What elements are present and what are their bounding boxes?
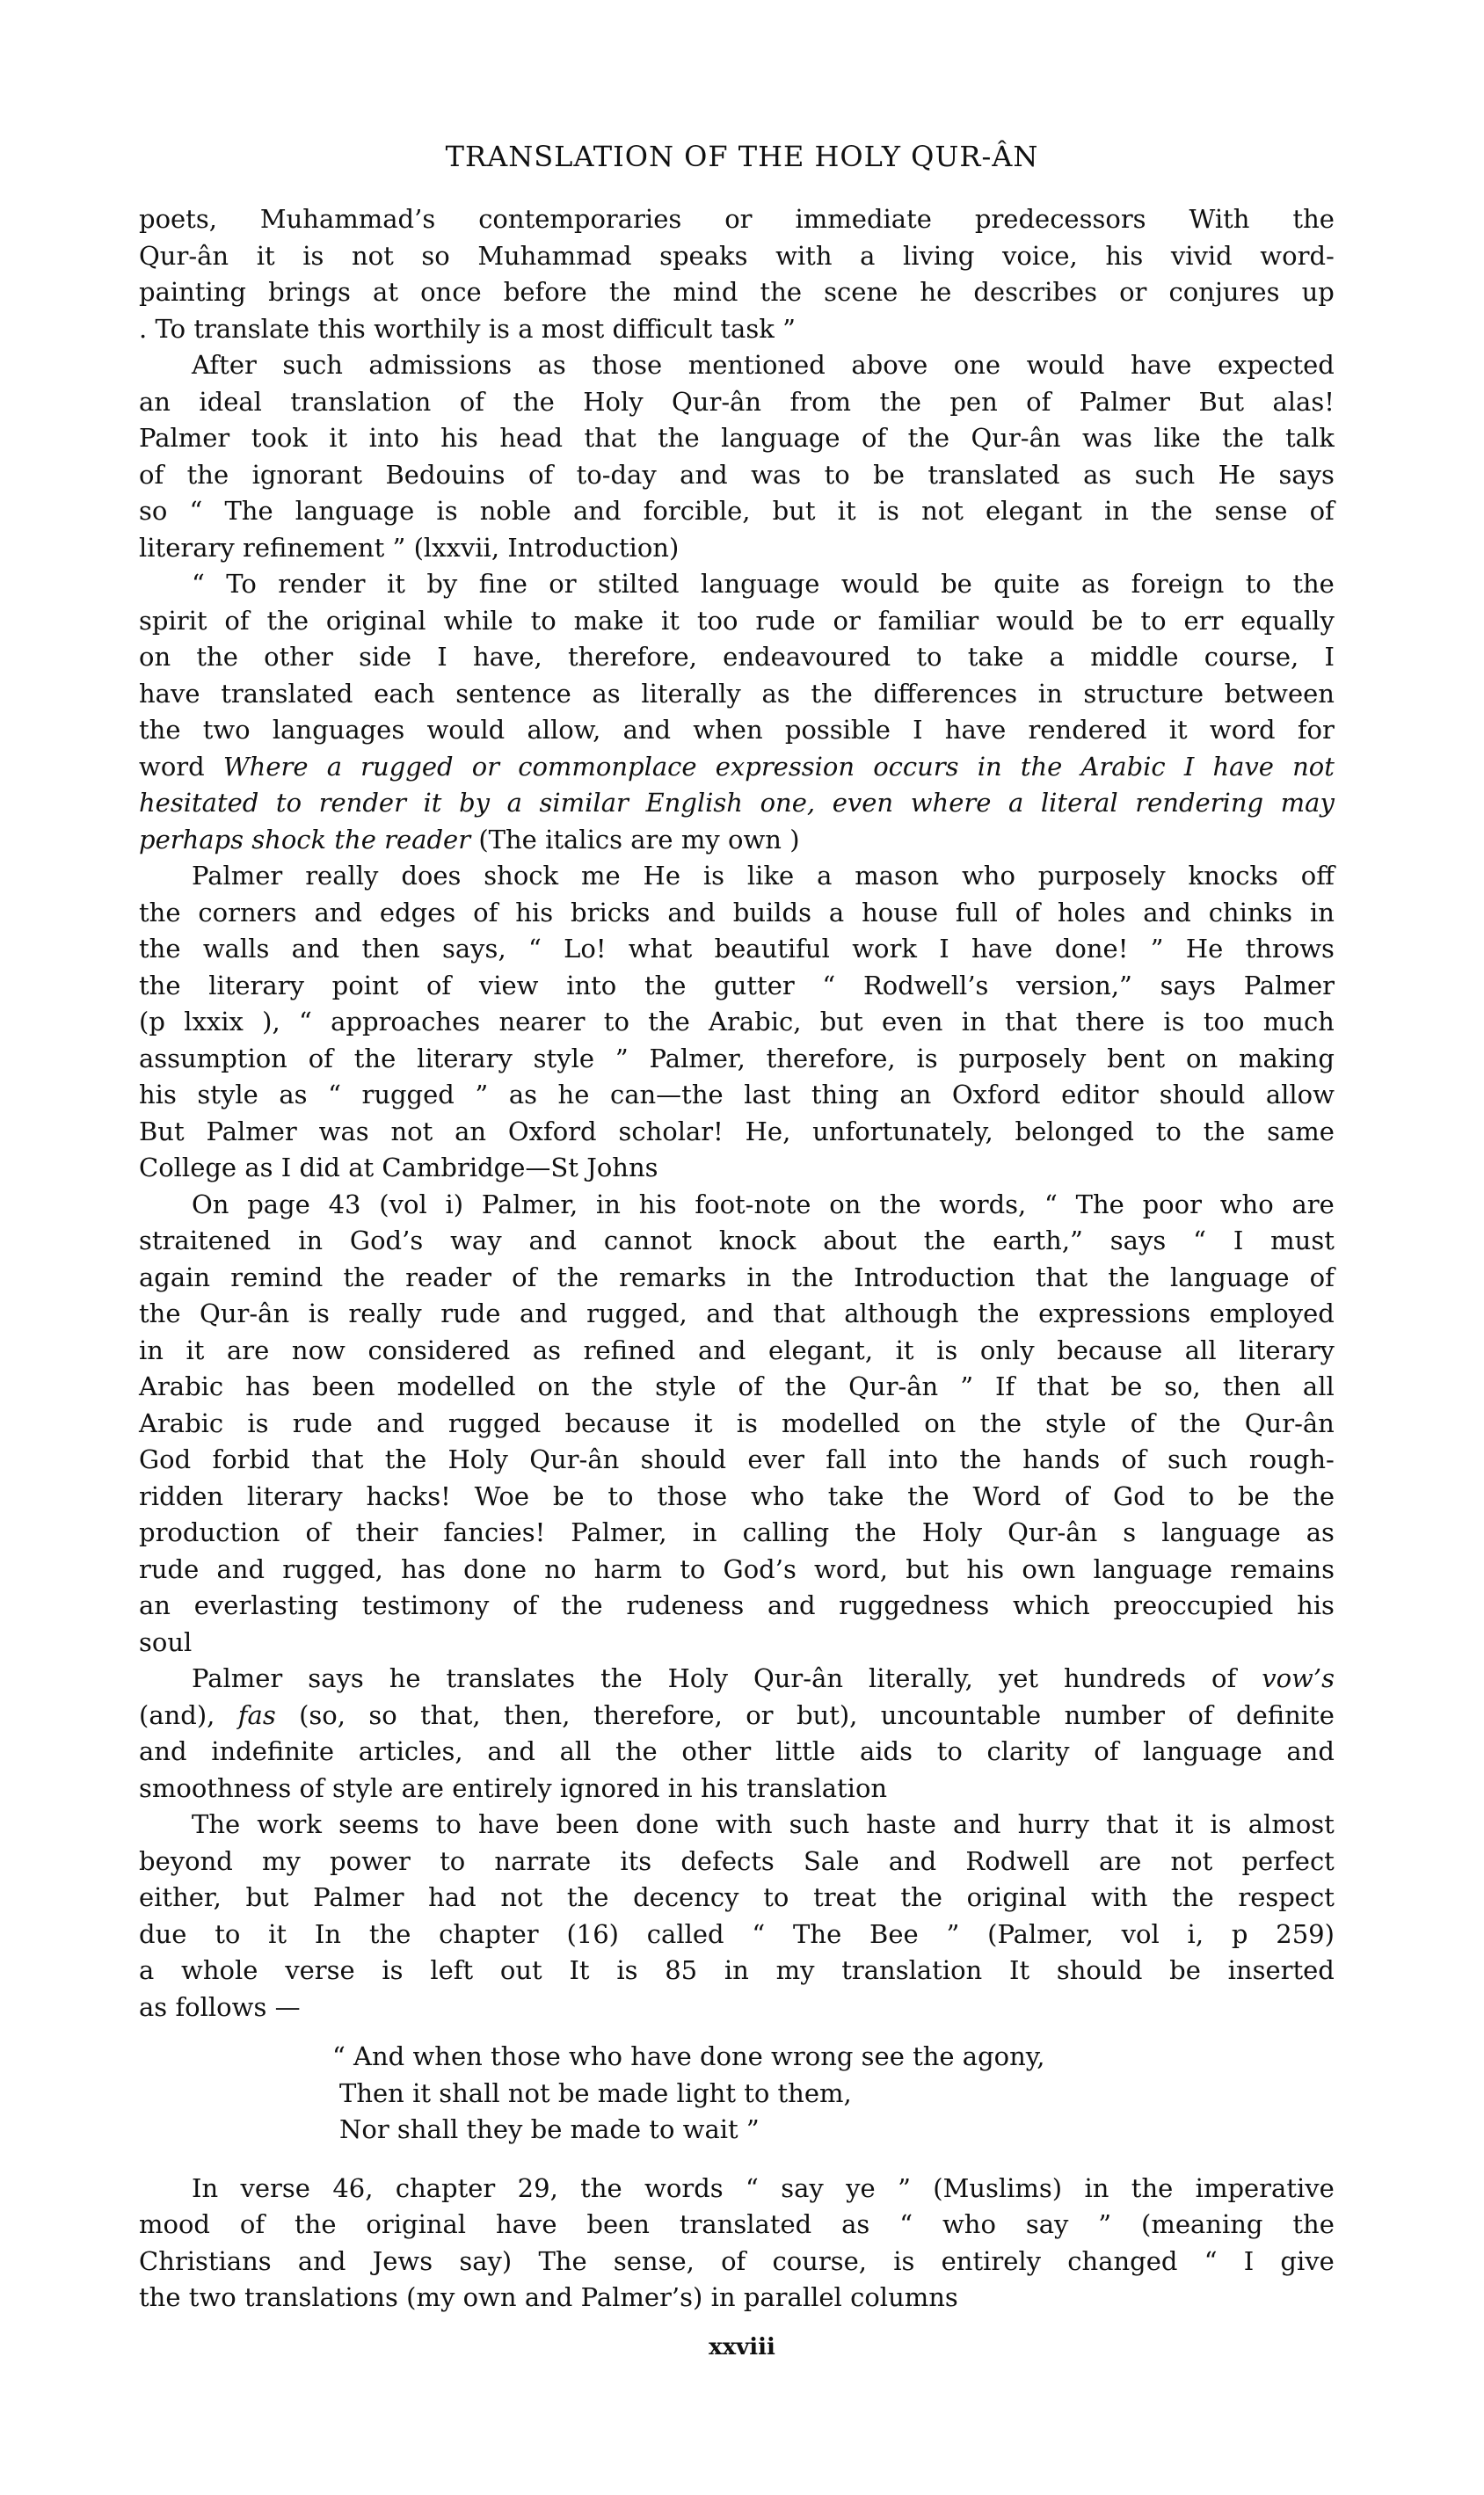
word: those <box>592 347 662 384</box>
word: hurry <box>1018 1807 1089 1844</box>
word: ridden <box>139 1479 223 1516</box>
text-line: PalmersayshetranslatestheHolyQur-ânliter… <box>139 1661 1335 1698</box>
word: an <box>139 1588 171 1625</box>
word: stilted <box>598 566 679 603</box>
word: an <box>455 1114 486 1151</box>
word: foreign <box>1131 566 1225 603</box>
word: the <box>978 1296 1020 1333</box>
word: literary <box>417 1041 513 1078</box>
text-line: Theworkseemstohavebeendonewithsuchhastea… <box>139 1807 1335 1844</box>
word: again <box>139 1260 210 1297</box>
word: all <box>560 1734 592 1771</box>
word: Bedouins <box>385 457 505 494</box>
word: which <box>1013 1588 1090 1625</box>
text-line: poets,Muhammad’scontemporariesorimmediat… <box>139 201 1335 238</box>
word: shock <box>251 822 326 859</box>
word: word <box>1210 712 1276 749</box>
word: difficult <box>613 311 713 348</box>
word: the <box>1292 566 1335 603</box>
word: the <box>267 603 309 640</box>
word: of <box>513 1588 537 1625</box>
word: I <box>1233 1223 1243 1260</box>
word: ” <box>475 1077 488 1114</box>
word: the <box>760 274 803 311</box>
word: in <box>596 1187 621 1224</box>
text-line: thetwolanguageswouldallow,andwhenpossibl… <box>139 712 1335 749</box>
running-head: TRANSLATION OF THE HOLY QUR-ÂN <box>0 137 1484 176</box>
text-line: againremindthereaderoftheremarksintheInt… <box>139 1260 1335 1297</box>
text-line: either,butPalmerhadnotthedecencytotreatt… <box>139 1880 1335 1917</box>
text-line: hisstyleas“rugged”ashecan—thelastthingan… <box>139 1077 1335 1114</box>
word: in <box>978 749 1002 786</box>
word: before <box>504 274 587 311</box>
word: and <box>623 712 672 749</box>
word: Where <box>223 749 309 786</box>
word: rugged <box>448 1406 541 1443</box>
word: or <box>472 749 499 786</box>
word: living <box>903 238 974 275</box>
page-number: xxviii <box>0 2330 1484 2365</box>
word: when <box>693 712 762 749</box>
word: all <box>1185 1333 1217 1370</box>
text-line: paintingbringsatoncebeforethemindthescen… <box>139 274 1335 311</box>
word: course, <box>772 2244 867 2280</box>
word: employed <box>1210 1296 1335 1333</box>
text-line: PalmerreallydoesshockmeHeislikeamasonwho… <box>139 858 1335 895</box>
word: I <box>437 639 447 676</box>
word: say <box>781 2171 824 2208</box>
word: took <box>251 420 308 457</box>
word: about <box>823 1223 897 1260</box>
word: the <box>139 1296 181 1333</box>
word: of <box>721 2244 746 2280</box>
verse-line: Nor shall they be made to wait ” <box>139 2112 1335 2149</box>
word: are <box>1291 1187 1334 1224</box>
word: Oxford <box>508 1114 597 1151</box>
word: straitened <box>139 1223 271 1260</box>
word: the <box>580 2171 622 2208</box>
word: In <box>315 1917 341 1953</box>
word: Holy <box>668 1661 728 1698</box>
word: the <box>959 1442 1001 1479</box>
word: is <box>703 858 724 895</box>
word: work <box>257 1807 322 1844</box>
word: expected <box>1218 347 1335 384</box>
word: not <box>390 1114 433 1151</box>
word: my <box>262 1844 301 1880</box>
word: the <box>1151 493 1193 530</box>
word: 46, <box>332 2171 373 2208</box>
word: purposely <box>1038 858 1166 895</box>
word: and <box>767 1588 816 1625</box>
word: as <box>761 676 789 713</box>
word: above <box>851 347 927 384</box>
word: ” <box>947 1917 960 1953</box>
word: called <box>647 1917 724 1953</box>
word: language <box>295 493 415 530</box>
word: rugged <box>360 749 453 786</box>
word: throws <box>1246 931 1335 968</box>
word: mood <box>139 2207 210 2244</box>
word: me <box>581 858 621 895</box>
word: and <box>1286 1734 1335 1771</box>
word: Muhammad’s <box>260 201 435 238</box>
word: I <box>1325 639 1335 676</box>
word: language <box>1094 1552 1213 1589</box>
word: of <box>1065 1479 1089 1516</box>
word: conjures <box>1169 274 1280 311</box>
word: perfect <box>1241 1844 1334 1880</box>
word: the <box>592 1369 634 1406</box>
word: its <box>620 1844 651 1880</box>
text-line: (plxxix),“approachesnearertotheArabic,bu… <box>139 1004 1335 1041</box>
word: Palmer’s) <box>581 2280 703 2317</box>
word: on <box>538 1369 570 1406</box>
word: not <box>352 238 394 275</box>
word: should <box>641 1442 727 1479</box>
word: ideal <box>199 384 262 421</box>
word: word- <box>1260 238 1335 275</box>
word: be <box>1111 1369 1143 1406</box>
word: rude <box>293 1406 353 1443</box>
word: not <box>500 1880 542 1917</box>
word: 43 <box>329 1187 361 1224</box>
word: page <box>247 1187 310 1224</box>
word: hesitated <box>139 785 258 822</box>
word: the <box>556 1260 599 1297</box>
word: the <box>187 457 229 494</box>
word: hundreds <box>1064 1661 1186 1698</box>
word: is <box>309 1296 330 1333</box>
word: chapter <box>439 1917 538 1953</box>
word: but <box>820 1004 863 1041</box>
word: has <box>245 1369 290 1406</box>
word: soul <box>139 1625 192 1662</box>
word: and <box>217 1552 266 1589</box>
text-line: straitenedinGod’swayandcannotknockaboutt… <box>139 1223 1335 1260</box>
word: To <box>155 311 185 348</box>
word: Qur-ân <box>139 238 229 275</box>
word: the <box>334 822 376 859</box>
word: other <box>264 639 333 676</box>
word: Muhammad <box>477 238 631 275</box>
word: brings <box>268 274 351 311</box>
text-line: wordWherearuggedorcommonplaceexpressiono… <box>139 749 1335 786</box>
word: considered <box>367 1333 510 1370</box>
word: ” <box>393 530 406 567</box>
word: Qur-ân <box>1245 1406 1335 1443</box>
word: the <box>924 1223 966 1260</box>
word: Arabic <box>139 1406 223 1443</box>
word: “ <box>1044 1187 1058 1224</box>
text-line: CollegeasIdidatCambridge—StJohns <box>139 1150 1335 1187</box>
word: English <box>645 785 743 822</box>
word: haste <box>866 1807 936 1844</box>
word: really <box>348 1296 421 1333</box>
word: walls <box>203 931 270 968</box>
word: the <box>1292 2207 1335 2244</box>
word: that <box>773 1296 825 1333</box>
word: editor <box>1061 1077 1138 1114</box>
word: full <box>956 895 998 932</box>
word: gutter <box>714 968 795 1005</box>
word: therefore, <box>568 639 697 676</box>
word: Oxford <box>952 1077 1041 1114</box>
word: mentioned <box>688 347 826 384</box>
document-page: TRANSLATION OF THE HOLY QUR-ÂN poets,Muh… <box>0 0 1484 2495</box>
word: “ <box>899 2207 913 2244</box>
word: or <box>724 201 752 238</box>
word: Palmer <box>139 420 229 457</box>
text-line: Arabicisrudeandruggedbecauseitismodelled… <box>139 1406 1335 1443</box>
word: at <box>373 274 398 311</box>
word: Arabic <box>139 1369 223 1406</box>
text-line: rudeandrugged,hasdonenoharmtoGod’sword,b… <box>139 1552 1335 1589</box>
word: uncountable <box>881 1698 1041 1735</box>
word: must <box>1270 1223 1335 1260</box>
word: verse <box>285 1953 354 1989</box>
word: ” <box>1151 931 1164 968</box>
word: describes <box>973 274 1097 311</box>
word: at <box>348 1150 374 1187</box>
word: the <box>879 384 921 421</box>
word: rugged, <box>586 1296 687 1333</box>
word: point <box>332 968 399 1005</box>
word: should <box>1160 1077 1246 1114</box>
word: his <box>139 1077 177 1114</box>
word: But <box>1198 384 1244 421</box>
word: as <box>533 1333 561 1370</box>
word: he <box>920 274 951 311</box>
word: course, <box>1204 639 1299 676</box>
text-line: initarenowconsideredasrefinedandelegant,… <box>139 1333 1335 1370</box>
word: are <box>1099 1844 1141 1880</box>
word: knock <box>719 1223 797 1260</box>
word: alas! <box>1272 384 1334 421</box>
word: the <box>385 1442 427 1479</box>
word: shock <box>484 858 558 895</box>
word: i) <box>446 1187 464 1224</box>
word: ever <box>747 1442 804 1479</box>
word: clarity <box>987 1734 1070 1771</box>
word: italics <box>545 822 622 859</box>
word: testimony <box>362 1588 490 1625</box>
text-line: (and),fas(so,sothat,then,therefore,orbut… <box>139 1698 1335 1735</box>
word: knocks <box>1189 858 1278 895</box>
word: i, <box>1188 1917 1204 1953</box>
word: the <box>1021 749 1063 786</box>
word: occurs <box>873 749 958 786</box>
word: reader <box>405 1260 491 1297</box>
word: of <box>1211 1661 1236 1698</box>
text-line: literaryrefinement”(lxxvii,Introduction) <box>139 530 1335 567</box>
word: for <box>1298 712 1335 749</box>
word: Introduction <box>854 1260 1015 1297</box>
word: what <box>629 931 692 968</box>
word: side <box>359 639 411 676</box>
word: be <box>1169 1953 1201 1989</box>
word: sense <box>1215 493 1288 530</box>
word: to <box>763 1880 789 1917</box>
word: say <box>1026 2207 1069 2244</box>
word: the <box>567 1880 609 1917</box>
word: the <box>658 420 700 457</box>
word: entirely <box>452 1771 551 1808</box>
word: a <box>139 1953 154 1989</box>
word: have <box>496 2207 557 2244</box>
word: (so, <box>299 1698 346 1735</box>
word: such <box>1135 457 1195 494</box>
word: should <box>1057 1953 1143 1989</box>
word: translated <box>221 676 353 713</box>
text-line: ArabichasbeenmodelledonthestyleoftheQur-… <box>139 1369 1335 1406</box>
word: done <box>636 1807 699 1844</box>
word: expressions <box>1038 1296 1190 1333</box>
word: says <box>1110 1223 1166 1260</box>
word: or <box>833 603 860 640</box>
word: he <box>558 1077 590 1114</box>
word: the <box>354 1041 396 1078</box>
word: done <box>463 1552 527 1589</box>
word: pen <box>949 384 997 421</box>
text-line: so“Thelanguageisnobleandforcible,butitis… <box>139 493 1335 530</box>
word: “ <box>192 566 205 603</box>
word: With <box>1189 201 1250 238</box>
word: now <box>292 1333 346 1370</box>
word: Palmer <box>192 1661 282 1698</box>
word: be <box>1092 603 1124 640</box>
word: in <box>298 1223 323 1260</box>
word: are <box>630 822 673 859</box>
word: Arabic, <box>709 1004 801 1041</box>
word: up <box>1302 274 1335 311</box>
word: is <box>436 493 457 530</box>
word: sense, <box>614 2244 695 2280</box>
text-line: thetwotranslations(myownandPalmer’s)inpa… <box>139 2280 1335 2317</box>
word: chapter <box>396 2171 495 2208</box>
word: have <box>945 712 1007 749</box>
word: the <box>295 2207 337 2244</box>
word: of <box>512 1260 536 1297</box>
word: Jews <box>373 2244 433 2280</box>
word: most <box>542 311 605 348</box>
word: is <box>737 1406 758 1443</box>
word: it <box>329 420 347 457</box>
word: ), <box>262 1004 280 1041</box>
word: who <box>1220 1187 1274 1224</box>
word: verse <box>241 2171 310 2208</box>
word: it <box>1169 712 1188 749</box>
word: but), <box>797 1698 857 1735</box>
word: defects <box>680 1844 774 1880</box>
word: in <box>711 2280 736 2317</box>
word: by <box>459 785 490 822</box>
word: in <box>139 1333 164 1370</box>
word: of <box>460 384 484 421</box>
word: fall <box>826 1442 867 1479</box>
word: give <box>1280 2244 1334 2280</box>
word: into <box>566 968 616 1005</box>
word: rendered <box>1029 712 1147 749</box>
word: of <box>305 1515 330 1552</box>
word: and <box>298 2244 346 2280</box>
word: original <box>326 603 426 640</box>
word: ” <box>960 1369 973 1406</box>
word: and <box>698 1333 746 1370</box>
word: painting <box>139 274 246 311</box>
word: are <box>227 1333 269 1370</box>
word: the <box>1108 1260 1150 1297</box>
word: mason <box>855 858 939 895</box>
word: decency <box>633 1880 738 1917</box>
word: God <box>139 1442 191 1479</box>
word: The <box>538 2244 586 2280</box>
word: mind <box>673 274 738 311</box>
word: worthily <box>374 311 480 348</box>
word: differences <box>874 676 1018 713</box>
word: the <box>1204 1114 1246 1151</box>
word: definite <box>1236 1698 1335 1735</box>
word: say) <box>459 2244 512 2280</box>
text-line: hesitatedtorenderitbyasimilarEnglishone,… <box>139 785 1335 822</box>
word: then <box>362 931 420 968</box>
word: the <box>648 1004 690 1041</box>
word: off <box>1301 858 1335 895</box>
word: translation <box>290 384 431 421</box>
word: is <box>616 1953 637 1989</box>
word: I <box>1184 749 1194 786</box>
word: remind <box>230 1260 323 1297</box>
word: allow, <box>527 712 600 749</box>
word: a <box>507 785 522 822</box>
word: refined <box>584 1333 676 1370</box>
word: style <box>197 1077 258 1114</box>
word: the <box>1172 1880 1214 1917</box>
word: vow’s <box>1262 1661 1335 1698</box>
word: is <box>916 1041 937 1078</box>
word: similar <box>540 785 629 822</box>
word: it <box>387 566 405 603</box>
word: of <box>738 1369 762 1406</box>
word: cannot <box>604 1223 692 1260</box>
word: power <box>330 1844 411 1880</box>
word: Qur-ân <box>529 1442 619 1479</box>
word: style <box>534 1041 594 1078</box>
word: says, <box>442 931 506 968</box>
word: “ <box>189 493 202 530</box>
word: while <box>443 603 513 640</box>
word: in <box>693 1515 717 1552</box>
word: a <box>829 895 844 932</box>
text-line: ButPalmerwasnotanOxfordscholar!He,unfort… <box>139 1114 1335 1151</box>
word: p <box>1232 1917 1248 1953</box>
word: to <box>916 639 942 676</box>
word: on <box>139 639 171 676</box>
word: translated <box>680 2207 811 2244</box>
word: equally <box>1240 603 1335 640</box>
closing-paragraph: Inverse46,chapter29,thewords“sayye”(Musl… <box>139 2171 1335 2317</box>
word: in <box>962 1004 986 1041</box>
word: only <box>980 1333 1035 1370</box>
word: ) <box>789 822 799 859</box>
word: to <box>604 1004 629 1041</box>
word: vol <box>1122 1917 1160 1953</box>
word: immediate <box>796 201 932 238</box>
word: rude <box>755 603 815 640</box>
word: a <box>817 858 832 895</box>
word: a <box>518 311 533 348</box>
word: render <box>319 785 406 822</box>
